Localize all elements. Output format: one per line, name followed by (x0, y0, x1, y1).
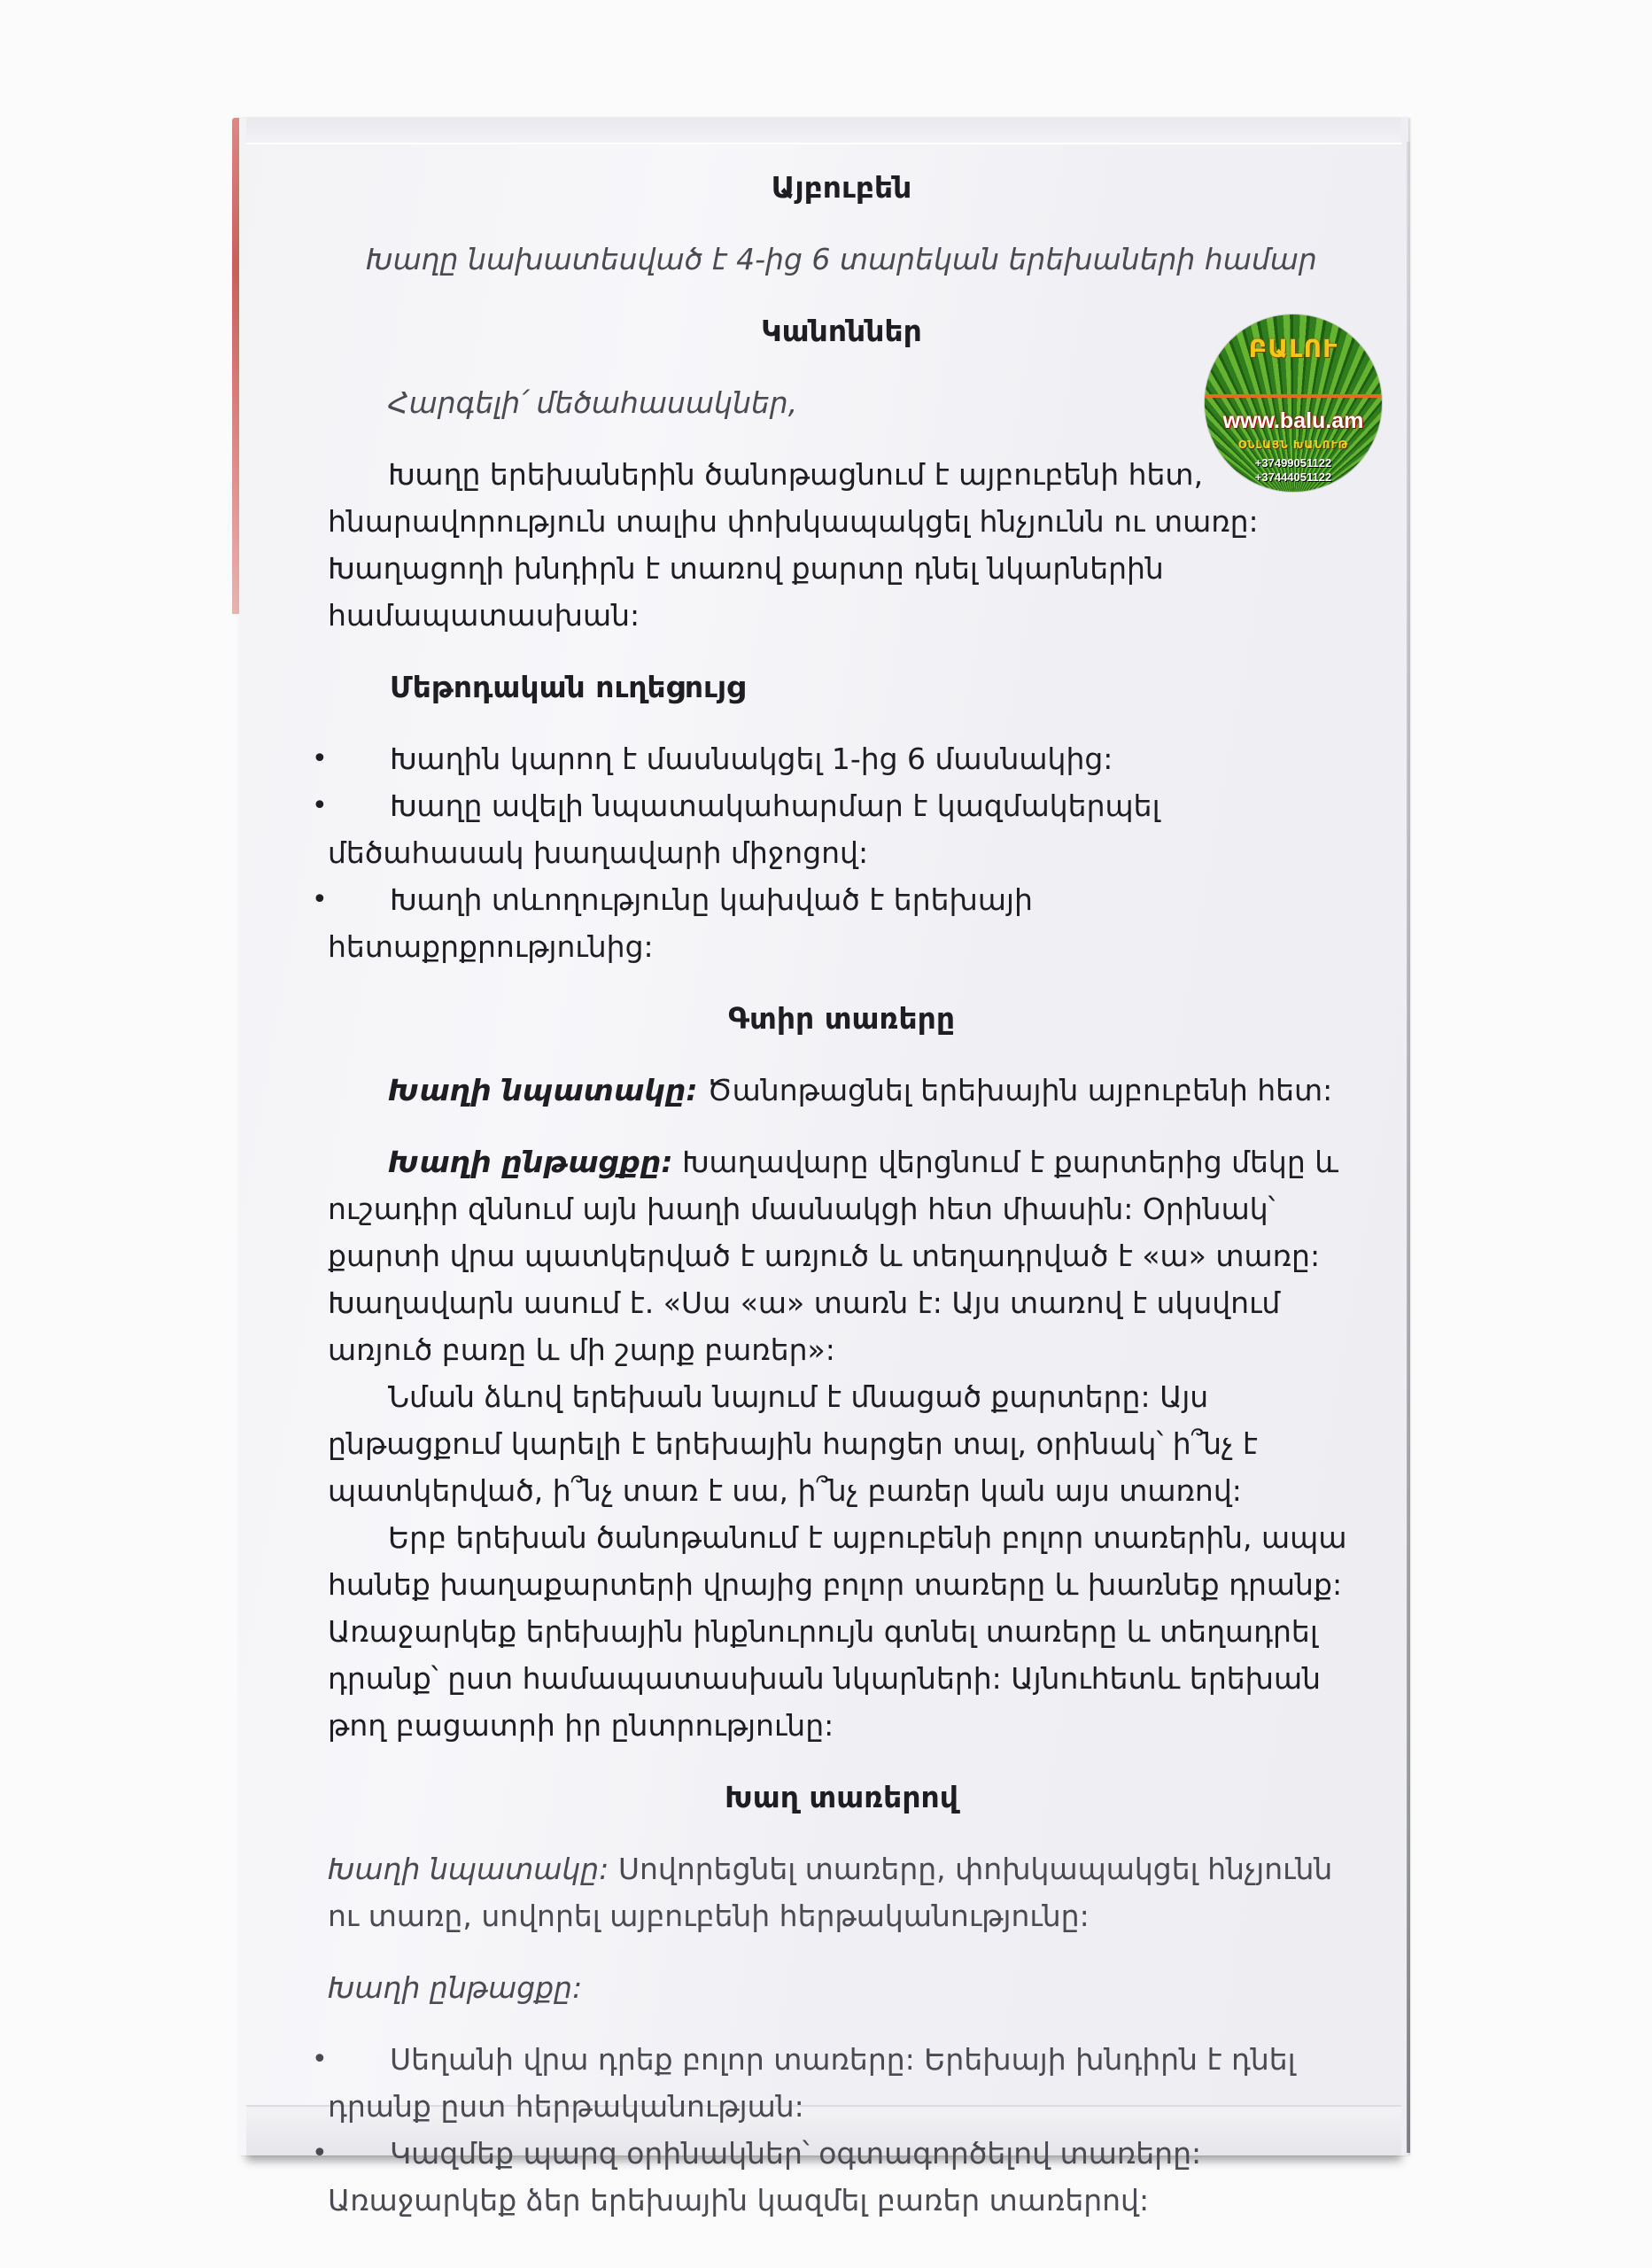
game2-goal: Խաղի նպատակը: Սովորեցնել տառերը, փոխկապա… (328, 1845, 1355, 1939)
sticker-brand-logo: ԲԱԼՈՒ (1205, 334, 1382, 363)
sticker-phone-1: +37499051122 (1205, 456, 1382, 470)
box-right-edge (1407, 142, 1410, 2153)
balu-shop-sticker: ԲԱԼՈՒ www.balu.am ՕՆԼԱՅՆ ԽԱՆՈՒԹ +3749905… (1205, 315, 1382, 492)
rules-heading: Կանոններ (328, 307, 1355, 354)
game1-paragraph-3: Երբ երեխան ծանոթանում է այբուբենի բոլոր … (328, 1514, 1355, 1749)
guide-item: •Խաղի տևողությունը կախված է երեխայի հետա… (328, 876, 1355, 970)
salutation: Հարգելի՛ մեծահասակներ, (328, 379, 1355, 426)
product-title: Այբուբեն (328, 164, 1355, 211)
guide-heading: Մեթոդական ուղեցույց (390, 664, 1355, 711)
game1-process: Խաղի ընթացքը: Խաղավարը վերցնում է քարտեր… (328, 1138, 1355, 1373)
game1-goal: Խաղի նպատակը: Ծանոթացնել երեխային այբուբ… (328, 1067, 1355, 1114)
sticker-url: www.balu.am (1205, 408, 1382, 434)
game2-process-label: Խաղի ընթացքը: (328, 1964, 1355, 2011)
sticker-phone-2: +37444051122 (1205, 470, 1382, 484)
guide-item: •Խաղը ավելի նպատակահարմար է կազմակերպել … (328, 782, 1355, 876)
game2-item: •Կազմեք պարզ օրինակներ՝ օգտագործելով տառ… (328, 2130, 1355, 2224)
rules-intro: Խաղը երեխաներին ծանոթացնում է այբուբենի … (328, 451, 1355, 639)
sticker-tagline: ՕՆԼԱՅՆ ԽԱՆՈՒԹ (1205, 439, 1382, 451)
guide-list: •Խաղին կարող է մասնակցել 1-ից 6 մասնակից… (328, 735, 1355, 970)
game2-item: •Սեղանի վրա դրեք բոլոր տառերը: Երեխայի խ… (328, 2036, 1355, 2130)
instruction-text: Այբուբեն Խաղը նախատեսված է 4-ից 6 տարեկա… (328, 164, 1355, 2224)
game1-paragraph-2: Նման ձևով երեխան նայում է մնացած քարտերը… (328, 1373, 1355, 1514)
guide-item: •Խաղին կարող է մասնակցել 1-ից 6 մասնակից… (328, 735, 1355, 782)
game1-heading: Գտիր տառերը (328, 995, 1355, 1042)
age-note: Խաղը նախատեսված է 4-ից 6 տարեկան երեխանե… (328, 236, 1355, 283)
game2-heading: Խաղ տառերով (328, 1774, 1355, 1821)
game2-list: •Սեղանի վրա դրեք բոլոր տառերը: Երեխայի խ… (328, 2036, 1355, 2224)
sticker-divider (1205, 394, 1382, 398)
